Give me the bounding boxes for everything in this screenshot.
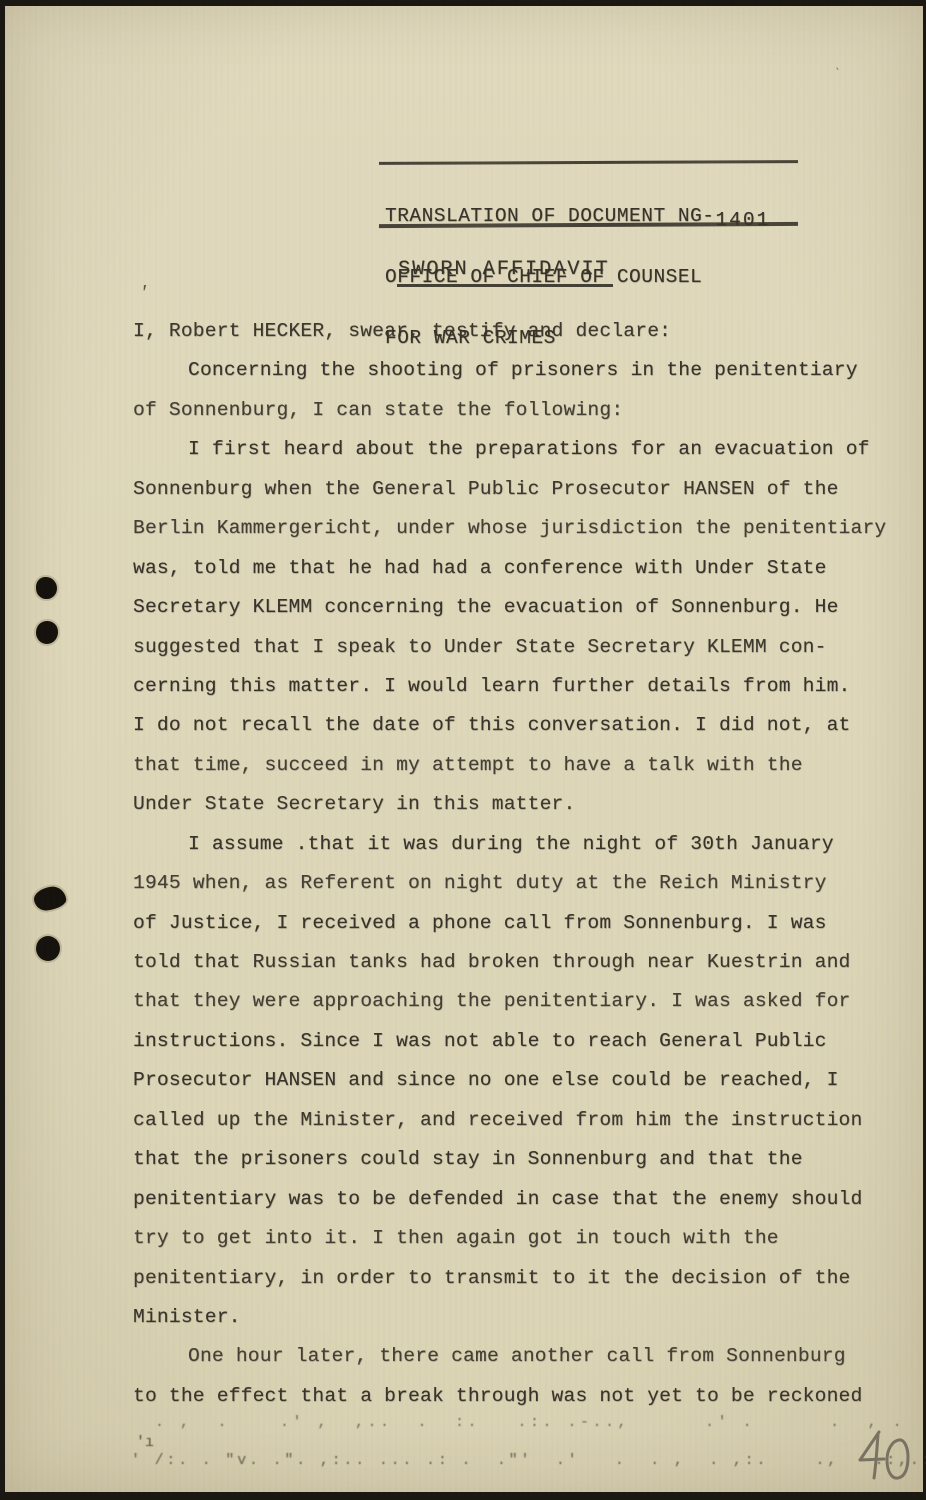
typed-line: I assume .that it was during the night o… (133, 825, 903, 864)
typed-line: cerning this matter. I would learn furth… (133, 667, 903, 706)
typed-line: was, told me that he had had a conferenc… (133, 549, 903, 588)
stray-ink-mark: ’ (139, 283, 153, 304)
punch-hole (33, 885, 68, 912)
typed-line: I first heard about the preparations for… (133, 430, 903, 469)
punch-hole (36, 577, 57, 599)
punch-hole (36, 936, 60, 961)
typed-line: that they were approaching the penitenti… (133, 982, 903, 1021)
typed-line: 1945 when, as Referent on night duty at … (133, 864, 903, 903)
typed-line: Minister. (133, 1298, 903, 1337)
scanned-page: TRANSLATION OF DOCUMENT NG-1401 OFFICE O… (0, 0, 926, 1500)
illegible-smudge-line: . , . .' , ,.. . :. .:. .-.., .' . . , .… (155, 1414, 926, 1431)
typed-line: of Justice, I received a phone call from… (133, 904, 903, 943)
typed-line: that time, succeed in my attempt to have… (133, 746, 903, 785)
affidavit-body-text: I, Robert HECKER, swear, testify and dec… (133, 312, 903, 1416)
typed-line: penitentiary was to be defended in case … (133, 1180, 903, 1219)
typed-line: told that Russian tanks had broken throu… (133, 943, 903, 982)
typed-line: Sonnenburg when the General Public Prose… (133, 470, 903, 509)
paper: TRANSLATION OF DOCUMENT NG-1401 OFFICE O… (5, 6, 923, 1492)
typed-line: of Sonnenburg, I can state the following… (133, 391, 903, 430)
document-title: SWORN AFFIDAVIT (397, 258, 613, 287)
typed-line: try to get into it. I then again got in … (133, 1219, 903, 1258)
stray-ink-mark: 'ı (136, 1434, 154, 1451)
typed-line: Berlin Kammergericht, under whose jurisd… (133, 509, 903, 548)
typed-line: I, Robert HECKER, swear, testify and dec… (133, 312, 903, 351)
typed-line: instructions. Since I was not able to re… (133, 1022, 903, 1061)
typed-line: Secretary KLEMM concerning the evacuatio… (133, 588, 903, 627)
typed-line: to the effect that a break through was n… (133, 1377, 903, 1416)
handwritten-page-number (851, 1428, 913, 1484)
typed-line: penitentiary, in order to transmit to it… (133, 1259, 903, 1298)
typed-line: Under State Secretary in this matter. (133, 785, 903, 824)
typed-line: called up the Minister, and received fro… (133, 1101, 903, 1140)
typed-line: I do not recall the date of this convers… (133, 706, 903, 745)
typed-line: Prosecutor HANSEN and since no one else … (133, 1061, 903, 1100)
illegible-smudge-line: ' /:. . "v. .". ,:.. ... .: . ."' .' . .… (131, 1452, 926, 1469)
stray-ink-mark: ` (829, 65, 843, 84)
typed-line: suggested that I speak to Under State Se… (133, 628, 903, 667)
punch-hole (36, 621, 58, 644)
typed-line: Concerning the shooting of prisoners in … (133, 351, 903, 390)
typed-line: One hour later, there came another call … (133, 1337, 903, 1376)
typed-line: that the prisoners could stay in Sonnenb… (133, 1140, 903, 1179)
document-number: 1401 (715, 210, 770, 230)
